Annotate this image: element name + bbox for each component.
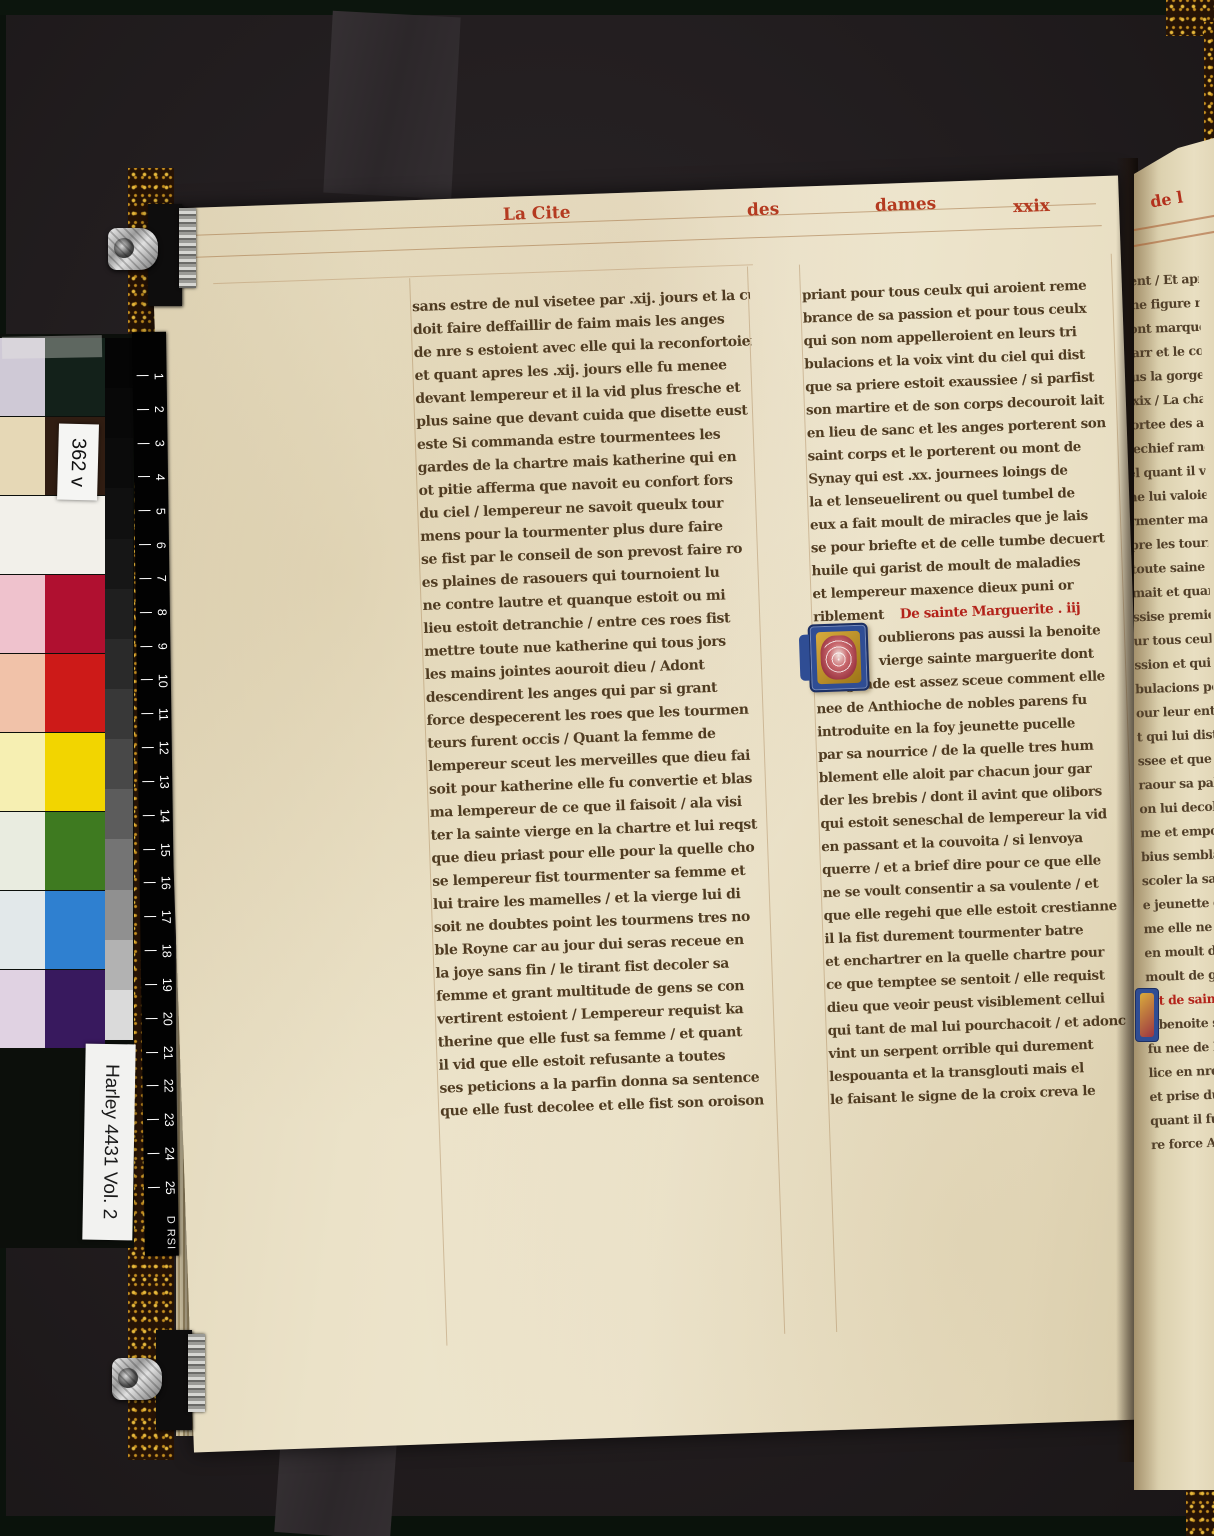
gray-item xyxy=(105,589,133,639)
frag-item: raour sa palme xyxy=(1138,771,1214,798)
swatch-right xyxy=(45,575,105,653)
gray-item xyxy=(105,438,133,488)
frag-item: e jeunette de l xyxy=(1142,891,1214,918)
frag-item: sont marquee xyxy=(1122,315,1201,342)
swatch-left xyxy=(0,496,45,574)
running-title-word: La Cite xyxy=(503,203,571,225)
gilded-edge-right xyxy=(1204,22,1214,152)
swatch-right xyxy=(45,496,105,574)
gray-item xyxy=(105,639,133,689)
swatch-left xyxy=(0,891,45,969)
gray-item xyxy=(105,789,133,839)
illuminated-initial-N xyxy=(807,623,869,693)
frag-item: ne lui valoient xyxy=(1128,483,1207,510)
frag-item: moult de gens xyxy=(1145,962,1214,989)
frag-item: bius semblable xyxy=(1141,843,1214,870)
ruler-item: 18 xyxy=(159,943,175,959)
folio-number-roman: xxix xyxy=(1013,196,1051,217)
ruled-line xyxy=(213,264,753,284)
swatch-item xyxy=(0,733,105,811)
gray-item xyxy=(105,839,133,889)
frag-item: ssise premiere xyxy=(1132,603,1211,630)
swatch-right xyxy=(45,733,105,811)
frag-item: parr et le couch xyxy=(1123,339,1202,366)
ruler-item: 8 xyxy=(154,605,170,621)
frag-item: el quant il vit xyxy=(1127,459,1206,486)
swatch-left xyxy=(0,417,45,495)
frag-item: on lui decolla xyxy=(1139,795,1214,822)
swatch-right xyxy=(45,970,105,1048)
ruler-item: 10 xyxy=(155,672,171,688)
frag-item: pre les tourm xyxy=(1130,531,1209,558)
ruler-item: 4 xyxy=(152,469,168,485)
frag-item: t qui lui dist xyxy=(1136,723,1214,750)
frag-item: me elle ne se vo xyxy=(1143,915,1214,942)
ruler-item: 25 xyxy=(162,1180,178,1196)
ruler-item: 7 xyxy=(153,571,169,587)
swatch-item xyxy=(0,575,105,653)
ruler-item: 22 xyxy=(160,1078,176,1094)
running-title-word: dames xyxy=(875,194,937,216)
frag-item: re force Adonc xyxy=(1151,1130,1214,1157)
ruler-item: 2 xyxy=(151,402,167,418)
frag-item: lice en nre letan xyxy=(1148,1058,1214,1085)
frag-item: ssee et que elle xyxy=(1137,747,1214,774)
swatch-item xyxy=(0,812,105,890)
swatch-item xyxy=(0,654,105,732)
ruler-item: 6 xyxy=(153,537,169,553)
frag-item: rechief ramen xyxy=(1126,435,1205,462)
manuscript-photo: La Cite des dames xxix sans estre de nul… xyxy=(0,0,1214,1536)
swatch-item xyxy=(0,891,105,969)
frag-item: ssion et qui la xyxy=(1134,651,1213,678)
shelfmark-label: Harley 4431 Vol. 2 xyxy=(82,1044,135,1241)
frag-item: me et emporter xyxy=(1140,819,1214,846)
frag-item: fortee des ang xyxy=(1126,411,1205,438)
ruler-item: 11 xyxy=(155,706,171,722)
frag-item: scoler la sainte xyxy=(1141,867,1214,894)
tape-strip xyxy=(2,335,102,359)
swatch-left xyxy=(0,812,45,890)
gray-item xyxy=(105,388,133,438)
gray-item xyxy=(105,890,133,940)
swatch-item xyxy=(0,970,105,1048)
frag-item: toute saine et xyxy=(1131,555,1210,582)
ruler-item: 14 xyxy=(157,807,173,823)
swatch-left xyxy=(0,575,45,653)
gray-item xyxy=(105,539,133,589)
running-title-word: des xyxy=(747,199,780,220)
ruler-item: 21 xyxy=(160,1044,176,1060)
gray-item xyxy=(105,739,133,789)
grayscale-strip xyxy=(105,338,133,1040)
ruler-item: 5 xyxy=(152,503,168,519)
ruler-item: 3 xyxy=(151,435,167,451)
manuscript-page: La Cite des dames xxix sans estre de nul… xyxy=(151,175,1162,1452)
text-column-left: sans estre de nul visetee par .xij. jour… xyxy=(412,284,779,1125)
swatch-left xyxy=(0,654,45,732)
ruler-item: 15 xyxy=(157,841,173,857)
frag-item: xxix / La chart xyxy=(1125,387,1204,414)
swatch-left xyxy=(0,970,45,1048)
ruler-item: 17 xyxy=(158,909,174,925)
gray-item xyxy=(105,940,133,990)
frag-item: ur tous ceulx xyxy=(1133,627,1212,654)
frag-item: quant il fu en fo xyxy=(1150,1106,1214,1133)
gray-item xyxy=(105,689,133,739)
frag-item: et prise du Roy xyxy=(1149,1082,1214,1109)
frag-item: en moult de g xyxy=(1144,939,1214,966)
gray-item xyxy=(105,338,133,388)
photo-top-edge xyxy=(0,0,1214,15)
ruler-item: 20 xyxy=(159,1010,175,1026)
ruler-item: 9 xyxy=(154,638,170,654)
frag-item: rmenter mais xyxy=(1129,507,1208,534)
swatch-right xyxy=(45,891,105,969)
binder-clip-top xyxy=(108,228,158,270)
book-strap-top xyxy=(323,11,460,199)
ruler-item: 24 xyxy=(161,1146,177,1162)
ruler-item: 1 xyxy=(151,368,167,384)
ruler-item: 19 xyxy=(159,977,175,993)
photo-bottom-edge xyxy=(0,1516,1214,1536)
swatch-right xyxy=(45,654,105,732)
binder-clip-bottom xyxy=(112,1358,162,1400)
next-page-illuminated-initial xyxy=(1135,988,1159,1042)
ruler-item: 13 xyxy=(156,774,172,790)
gray-item xyxy=(105,488,133,538)
ruler-item: 12 xyxy=(156,740,172,756)
initial-layer xyxy=(802,274,1143,1114)
swatch-item xyxy=(0,496,105,574)
swatch-left xyxy=(0,733,45,811)
next-page-curled: de l gent / Et apresune figure nosont ma… xyxy=(1134,138,1214,1490)
ruler-item: 23 xyxy=(161,1112,177,1128)
ruler-footer-label: D RSI xyxy=(146,1215,176,1250)
initial-flourish xyxy=(799,635,811,681)
folio-label: 362 v xyxy=(57,423,99,500)
initial-red-field xyxy=(820,635,858,680)
mini-scale-strip-bottom xyxy=(188,1334,205,1412)
ruler-item: 16 xyxy=(158,875,174,891)
frag-item: bulacions pour xyxy=(1135,675,1214,702)
frag-item: our leur entent xyxy=(1136,699,1214,726)
frag-item: mait et quant xyxy=(1131,579,1210,606)
gray-item xyxy=(105,990,133,1040)
frag-item: sus la gorge xyxy=(1124,363,1203,390)
swatch-right xyxy=(45,812,105,890)
mini-scale-strip-top xyxy=(179,208,196,288)
